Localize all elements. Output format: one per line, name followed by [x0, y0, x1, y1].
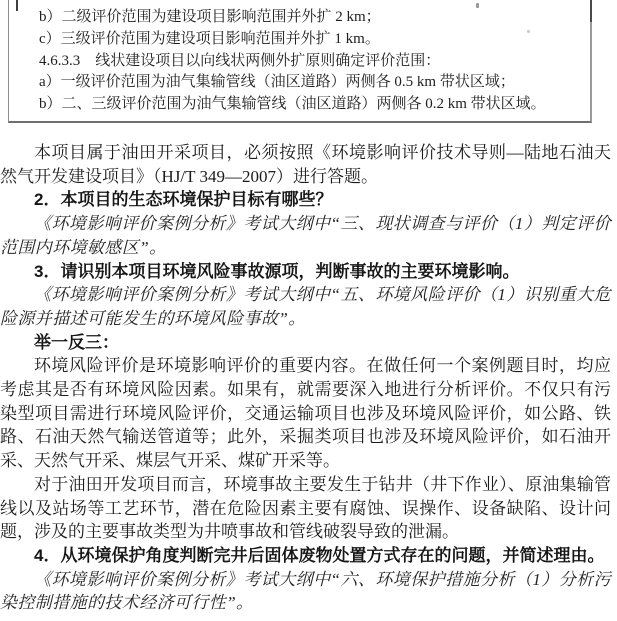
box-right-border-mark	[590, 0, 592, 22]
syllabus-note-q4: 《环境影响评价案例分析》考试大纲中“六、环境保护措施分析（1）分析污染控制措施的…	[0, 568, 611, 615]
question-3-heading: 3．请识别本项目环境风险事故源项，判断事故的主要环境影响。	[0, 260, 611, 284]
document-page: b）二级评价范围为建设项目影响范围并外扩 2 km； c）三级评价范围为建设项目…	[0, 0, 617, 621]
excerpt-lines: b）二级评价范围为建设项目影响范围并外扩 2 km； c）三级评价范围为建设项目…	[9, 0, 590, 116]
scan-speck	[527, 30, 530, 33]
question-2-heading: 2．本项目的生态环境保护目标有哪些？	[0, 188, 611, 212]
excerpt-line-b23: b）二、三级评价范围为油气集输管线（油区道路）两侧各 0.2 km 带状区域。	[39, 94, 580, 116]
extension-paragraph-oilfield: 对于油田开发项目而言，环境事故主要发生于钻井（井下作业）、原油集输管线以及站场等…	[0, 473, 611, 544]
syllabus-note-q2: 《环境影响评价案例分析》考试大纲中“三、现状调查与评价（1）判定评价范围内环境敏…	[0, 212, 611, 259]
extension-paragraph-risk: 环境风险评价是环境影响评价的重要内容。在做任何一个案例题目时，均应考虑其是否有环…	[0, 354, 611, 473]
main-text: 本项目属于油田开采项目，必须按照《环境影响评价技术导则—陆地石油天然气开发建设项…	[0, 141, 611, 615]
question-4-heading: 4．从环境保护角度判断完井后固体废物处置方式存在的问题，并简述理由。	[0, 544, 611, 568]
guideline-excerpt-box: b）二级评价范围为建设项目影响范围并外扩 2 km； c）三级评价范围为建设项目…	[8, 0, 592, 123]
extension-heading: 举一反三：	[0, 331, 611, 355]
scan-speck	[476, 3, 479, 8]
excerpt-line-b2: b）二级评价范围为建设项目影响范围并外扩 2 km；	[39, 7, 580, 29]
excerpt-line-4633: 4.6.3.3 线状建设项目以向线状两侧外扩原则确定评价范围：	[39, 51, 580, 73]
excerpt-line-c3: c）三级评价范围为建设项目影响范围并外扩 1 km。	[39, 29, 580, 51]
intro-paragraph: 本项目属于油田开采项目，必须按照《环境影响评价技术导则—陆地石油天然气开发建设项…	[0, 141, 611, 188]
box-left-border-mark	[16, 0, 18, 11]
excerpt-line-a1: a）一级评价范围为油气集输管线（油区道路）两侧各 0.5 km 带状区域；	[39, 72, 580, 94]
syllabus-note-q3: 《环境影响评价案例分析》考试大纲中“五、环境风险评价（1）识别重大危险源并描述可…	[0, 283, 611, 330]
